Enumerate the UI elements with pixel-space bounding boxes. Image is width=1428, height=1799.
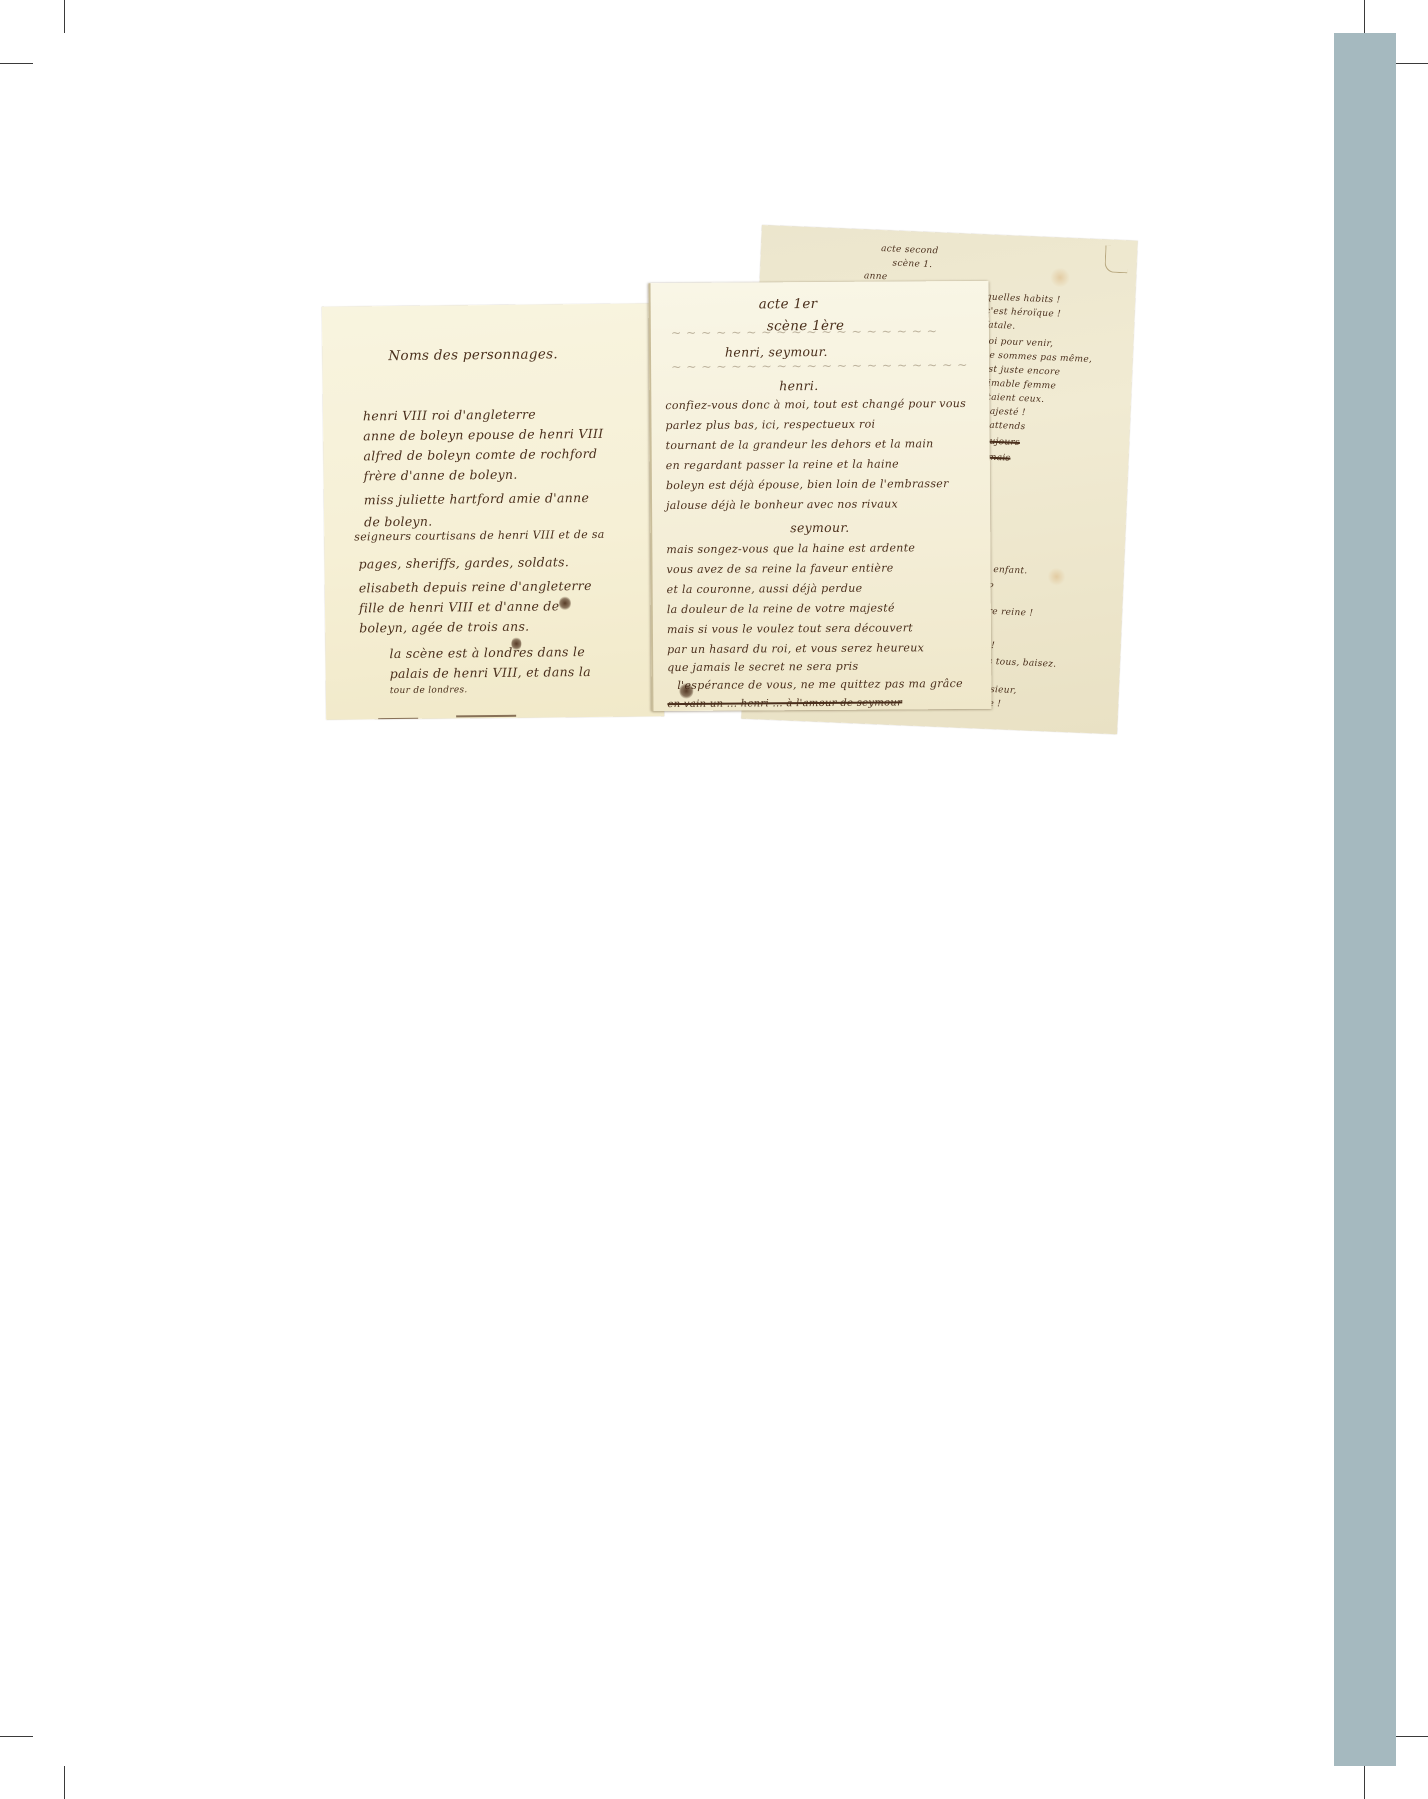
crop-mark-bottom-right-vertical: [1364, 1766, 1365, 1799]
manuscript-line: elisabeth depuis reine d'angleterre: [359, 578, 592, 595]
manuscript-line: de boleyn.: [364, 514, 433, 530]
ink-blot: [559, 596, 571, 610]
foxing-stain: [1050, 267, 1071, 288]
manuscript-line: l'espérance de vous, ne me quittez pas m…: [677, 677, 963, 692]
crop-mark-bottom-right-horizontal: [1396, 1736, 1428, 1737]
crop-mark-top-right-horizontal: [1396, 63, 1428, 64]
manuscript-line: tournant de la grandeur les dehors et la…: [666, 437, 934, 452]
back-page-header: acte second: [881, 244, 939, 256]
left-page-title: Noms des personnages.: [388, 346, 558, 364]
manuscript-line: en regardant passer la reine et la haine: [666, 457, 899, 472]
page-corner-curl: [1104, 245, 1128, 273]
manuscript-line: confiez-vous donc à moi, tout est changé…: [665, 397, 966, 412]
manuscript-line: jalouse déjà le bonheur avec nos rivaux: [666, 497, 898, 512]
manuscript-line-struck: en vain un ... henri ... à l'amour de se…: [667, 697, 902, 710]
crop-mark-top-right-vertical: [1364, 0, 1365, 33]
speaker-name: henri.: [779, 378, 818, 393]
manuscript-middle-page: acte 1er scène 1ère henri, seymour. ~ ~ …: [649, 281, 992, 711]
manuscript-line: vous avez de sa reine la faveur entière: [666, 561, 893, 576]
bleed-through-text: ~ ~ ~ ~ ~ ~ ~ ~ ~ ~ ~ ~ ~ ~ ~ ~ ~ ~ ~ ~: [671, 357, 968, 374]
bleed-through-text: ~ ~ ~ ~ ~ ~ ~ ~ ~ ~ ~ ~ ~ ~ ~ ~ ~ ~: [671, 323, 938, 340]
ink-blot: [511, 637, 521, 651]
manuscript-line: mais si vous le voulez tout sera découve…: [667, 621, 913, 636]
pen-mark: [456, 715, 516, 717]
manuscript-photograph: acte second scène 1. anne ... quelles ha…: [320, 220, 1140, 725]
manuscript-line: boleyn, agée de trois ans.: [359, 619, 529, 636]
manuscript-line: la scène est à londres dans le: [389, 644, 585, 661]
ink-blot: [679, 683, 693, 699]
manuscript-line: la douleur de la reine de votre majesté: [667, 601, 895, 616]
foxing-stain: [1047, 567, 1066, 586]
manuscript-line: tour de londres.: [390, 685, 468, 696]
manuscript-line: palais de henri VIII, et dans la: [390, 664, 591, 681]
manuscript-line: parlez plus bas, ici, respectueux roi: [665, 418, 875, 432]
accent-side-bar: [1334, 33, 1396, 1766]
manuscript-line: fille de henri VIII et d'anne de: [359, 598, 560, 615]
back-page-header: scène 1.: [892, 259, 932, 271]
manuscript-line: seigneurs courtisans de henri VIII et de…: [354, 528, 604, 544]
manuscript-line: par un hasard du roi, et vous serez heur…: [667, 641, 924, 656]
crop-mark-top-left-vertical: [64, 0, 65, 33]
crop-mark-bottom-left-vertical: [64, 1766, 65, 1799]
pen-mark: [378, 718, 418, 720]
manuscript-line: pages, sheriffs, gardes, soldats.: [358, 554, 569, 571]
manuscript-line: que jamais le secret ne sera pris: [667, 660, 858, 674]
act-heading: acte 1er: [759, 296, 818, 312]
manuscript-line: frère d'anne de boleyn.: [364, 467, 518, 484]
manuscript-line: anne de boleyn epouse de henri VIII: [363, 426, 603, 444]
manuscript-left-page: Noms des personnages. henri VIII roi d'a…: [322, 303, 664, 720]
crop-mark-top-left-horizontal: [0, 63, 33, 64]
manuscript-line: mais songez-vous que la haine est ardent…: [666, 541, 915, 556]
manuscript-line: miss juliette hartford amie d'anne: [364, 490, 589, 507]
manuscript-line: boleyn est déjà épouse, bien loin de l'e…: [666, 477, 949, 492]
manuscript-line: et la couronne, aussi déjà perdue: [667, 582, 863, 596]
crop-mark-bottom-left-horizontal: [0, 1736, 33, 1737]
manuscript-line: alfred de boleyn comte de rochford: [363, 446, 597, 463]
manuscript-line: henri VIII roi d'angleterre: [363, 407, 536, 424]
speaker-name: seymour.: [790, 520, 849, 535]
